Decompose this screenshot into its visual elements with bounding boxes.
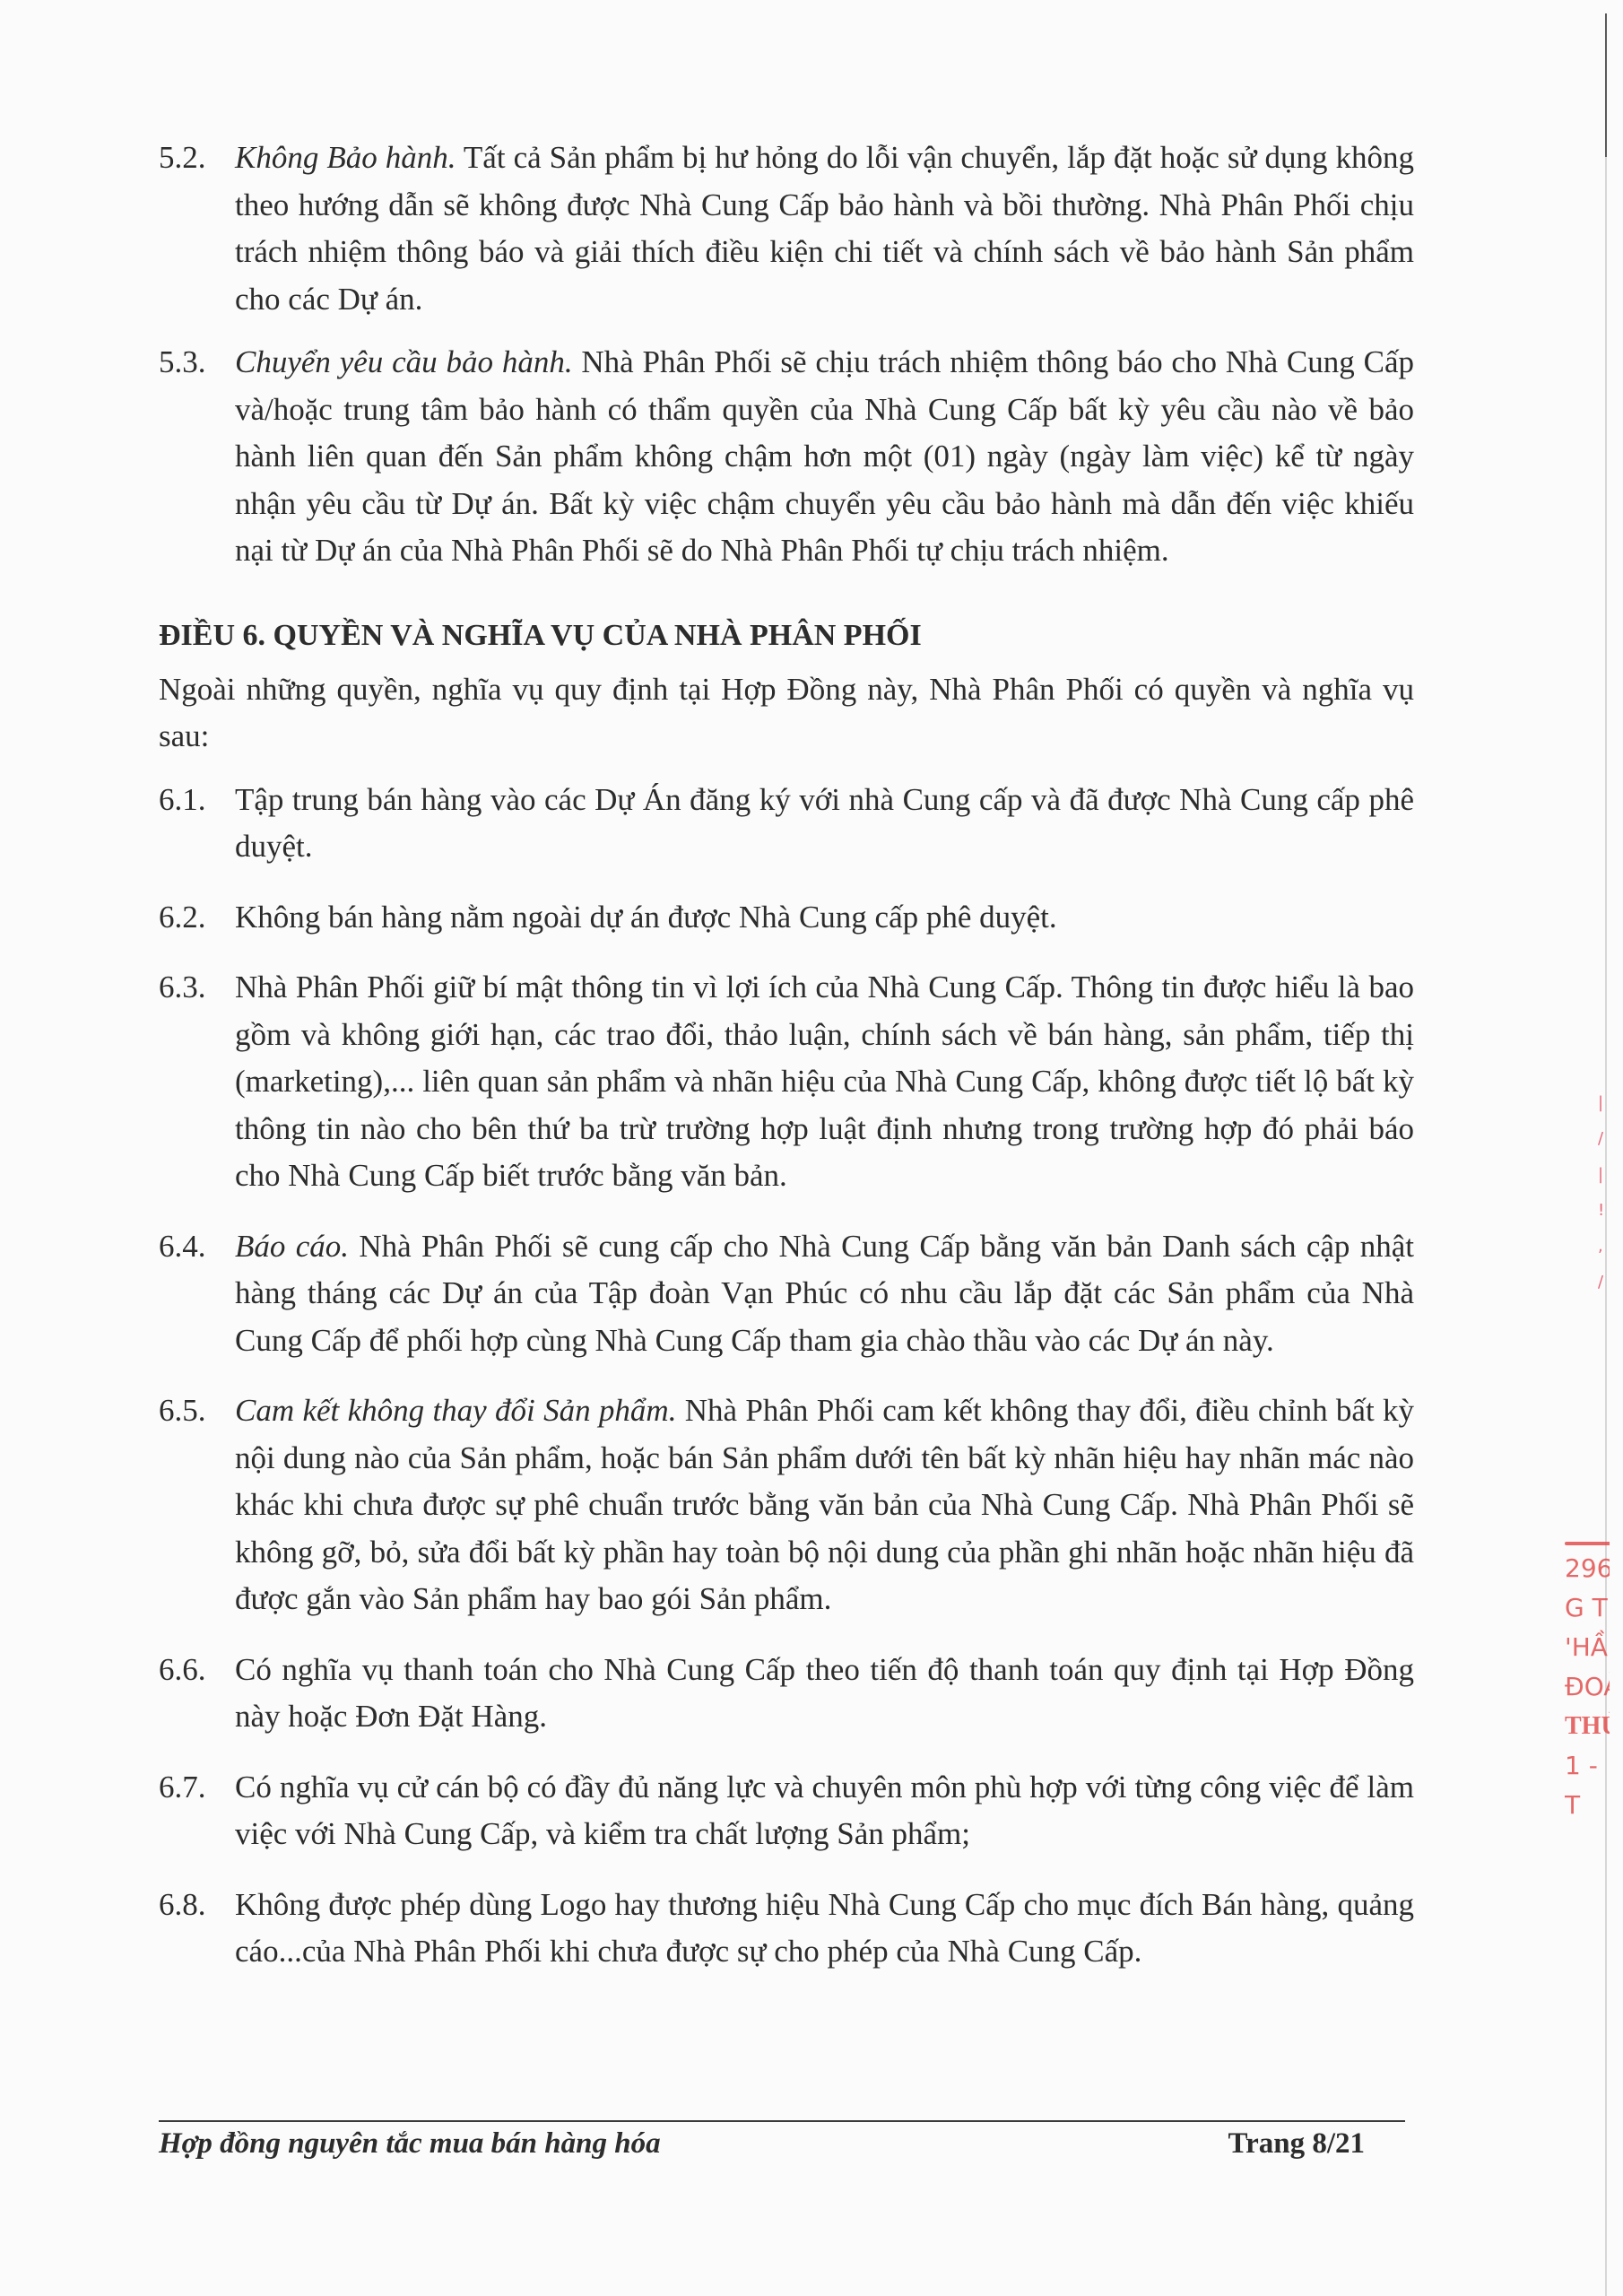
clause-number: 6.4. xyxy=(159,1223,235,1365)
clause-number: 6.2. xyxy=(159,894,235,942)
clause-body: Có nghĩa vụ thanh toán cho Nhà Cung Cấp … xyxy=(235,1647,1414,1741)
clause-title: Báo cáo. xyxy=(235,1229,349,1264)
clause-6-5: 6.5.Cam kết không thay đổi Sản phẩm. Nhà… xyxy=(159,1387,1414,1623)
clause-title: Cam kết không thay đổi Sản phẩm. xyxy=(235,1393,676,1428)
clause-body: Cam kết không thay đổi Sản phẩm. Nhà Phâ… xyxy=(235,1387,1414,1623)
clause-body: Không Bảo hành. Tất cả Sản phẩm bị hư hỏ… xyxy=(235,135,1414,323)
stamp-line: G T xyxy=(1565,1588,1610,1628)
footer-divider xyxy=(159,2120,1405,2122)
clause-text: Không được phép dùng Logo hay thương hiệ… xyxy=(235,1887,1414,1970)
clause-text: Có nghĩa vụ thanh toán cho Nhà Cung Cấp … xyxy=(235,1652,1414,1735)
clause-body: Có nghĩa vụ cử cán bộ có đầy đủ năng lực… xyxy=(235,1764,1414,1858)
clause-6-1: 6.1.Tập trung bán hàng vào các Dự Án đăn… xyxy=(159,777,1414,871)
clause-number: 6.8. xyxy=(159,1882,235,1976)
stamp-line: 'HẦI xyxy=(1565,1628,1610,1667)
article-6-heading: ĐIỀU 6. QUYỀN VÀ NGHĨA VỤ CỦA NHÀ PHÂN P… xyxy=(159,613,1414,659)
stamp-line: ĐOÀ xyxy=(1565,1667,1610,1707)
stamp-line: THỦ xyxy=(1565,1707,1610,1746)
clause-title: Chuyển yêu cầu bảo hành. xyxy=(235,344,573,379)
company-stamp: 2962G T'HẦIĐOÀTHỦ1 - T xyxy=(1565,1538,1610,1825)
footer-document-title: Hợp đồng nguyên tắc mua bán hàng hóa xyxy=(159,2127,661,2161)
article-6-items: 6.1.Tập trung bán hàng vào các Dự Án đăn… xyxy=(159,777,1414,1976)
clause-number: 6.7. xyxy=(159,1764,235,1858)
clause-body: Không được phép dùng Logo hay thương hiệ… xyxy=(235,1882,1414,1976)
page-footer: Hợp đồng nguyên tắc mua bán hàng hóa Tra… xyxy=(159,2120,1405,2161)
article-6-intro: Ngoài những quyền, nghĩa vụ quy định tại… xyxy=(159,666,1414,761)
stamp-line: 2962 xyxy=(1565,1549,1610,1588)
clause-text: Nhà Phân Phối giữ bí mật thông tin vì lợ… xyxy=(235,970,1414,1193)
clause-text: Có nghĩa vụ cử cán bộ có đầy đủ năng lực… xyxy=(235,1770,1414,1852)
clause-number: 6.1. xyxy=(159,777,235,871)
clause-6-3: 6.3.Nhà Phân Phối giữ bí mật thông tin v… xyxy=(159,964,1414,1200)
clause-body: Chuyển yêu cầu bảo hành. Nhà Phân Phối s… xyxy=(235,339,1414,575)
clause-body: Không bán hàng nằm ngoài dự án được Nhà … xyxy=(235,894,1414,942)
stamp-line: 1 - T xyxy=(1565,1746,1610,1825)
clause-6-7: 6.7.Có nghĩa vụ cử cán bộ có đầy đủ năng… xyxy=(159,1764,1414,1858)
document-page: 5.2. Không Bảo hành. Tất cả Sản phẩm bị … xyxy=(159,135,1414,1976)
clause-text: Không bán hàng nằm ngoài dự án được Nhà … xyxy=(235,900,1057,935)
stamp-text: 2962G T'HẦIĐOÀTHỦ1 - T xyxy=(1565,1549,1610,1825)
clause-number: 6.6. xyxy=(159,1647,235,1741)
clause-number: 6.3. xyxy=(159,964,235,1200)
clause-body: Tập trung bán hàng vào các Dự Án đăng ký… xyxy=(235,777,1414,871)
clause-6-6: 6.6.Có nghĩa vụ thanh toán cho Nhà Cung … xyxy=(159,1647,1414,1741)
clause-body: Nhà Phân Phối giữ bí mật thông tin vì lợ… xyxy=(235,964,1414,1200)
stamp-edge-marks: |/|!,/ xyxy=(1598,1085,1609,1372)
clause-6-8: 6.8.Không được phép dùng Logo hay thương… xyxy=(159,1882,1414,1976)
clause-5-3: 5.3. Chuyển yêu cầu bảo hành. Nhà Phân P… xyxy=(159,339,1414,575)
clause-text: Tập trung bán hàng vào các Dự Án đăng ký… xyxy=(235,782,1414,865)
clause-title: Không Bảo hành. xyxy=(235,140,456,175)
clause-6-4: 6.4.Báo cáo. Nhà Phân Phối sẽ cung cấp c… xyxy=(159,1223,1414,1365)
clause-5-2: 5.2. Không Bảo hành. Tất cả Sản phẩm bị … xyxy=(159,135,1414,323)
clause-number: 6.5. xyxy=(159,1387,235,1623)
clause-number: 5.2. xyxy=(159,135,235,323)
clause-6-2: 6.2.Không bán hàng nằm ngoài dự án được … xyxy=(159,894,1414,942)
clause-body: Báo cáo. Nhà Phân Phối sẽ cung cấp cho N… xyxy=(235,1223,1414,1365)
clause-number: 5.3. xyxy=(159,339,235,575)
page-number: Trang 8/21 xyxy=(1228,2127,1365,2161)
clause-text: Nhà Phân Phối sẽ cung cấp cho Nhà Cung C… xyxy=(235,1229,1414,1358)
